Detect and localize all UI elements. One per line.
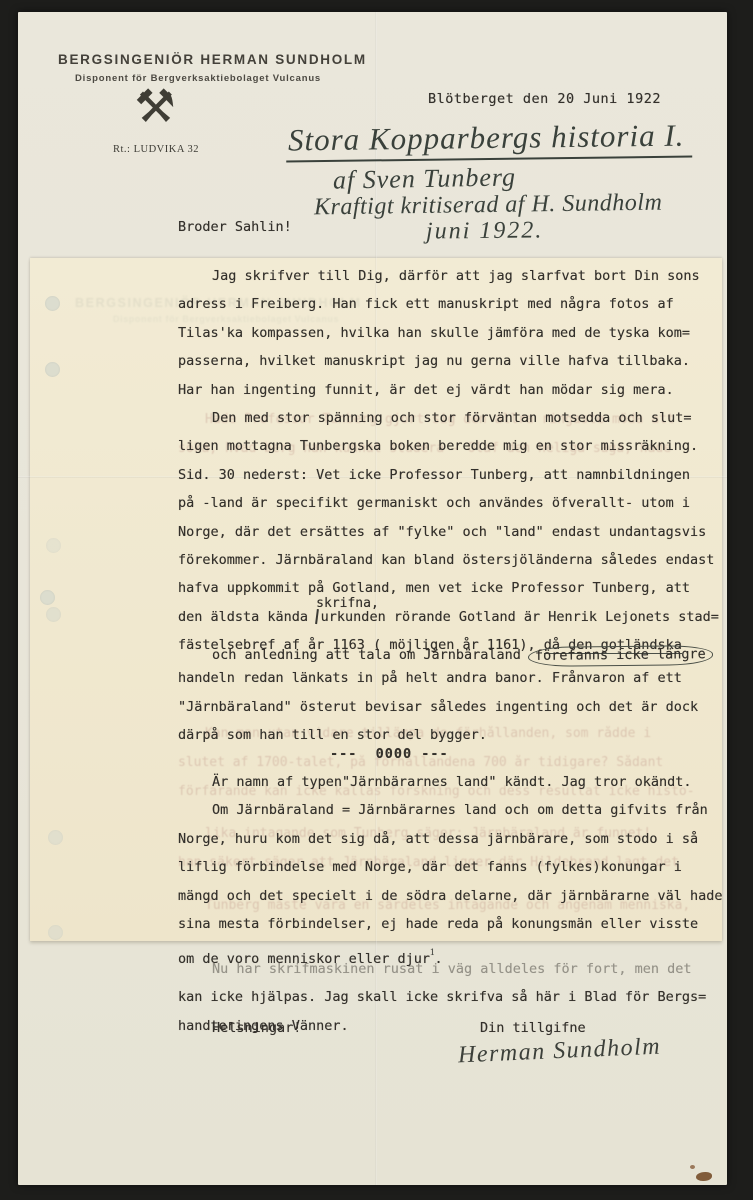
typed-line: adress i Freiberg. Han fick ett manuskri… — [178, 290, 723, 318]
handwritten-author: af Sven Tunberg — [333, 162, 517, 195]
scan-background: BERGSINGENIÖR HERMAN SUNDHOLM Disponent … — [0, 0, 753, 1200]
letter-page: BERGSINGENIÖR HERMAN SUNDHOLM Disponent … — [18, 12, 727, 1185]
letterhead-phone: Rt.: LUDVIKA 32 — [96, 144, 216, 155]
typed-line: på -land är specifikt germaniskt och anv… — [178, 489, 723, 517]
dateline: Blötberget den 20 Juni 1922 — [428, 91, 661, 107]
handwritten-date: juni 1922. — [426, 217, 544, 245]
punch-hole — [48, 830, 63, 845]
punch-hole — [45, 296, 60, 311]
typed-line: Norge, där det ersättes af "fylke" och "… — [178, 518, 723, 546]
ink-stain — [696, 1172, 712, 1181]
typed-line: Nu har skrifmaskinen rusat i väg alldele… — [178, 955, 723, 983]
typed-line: Har han ingenting funnit, är det ej värd… — [178, 376, 723, 404]
typed-line: mängd och det specielt i de södra delarn… — [178, 882, 723, 910]
hammer-and-pick-icon: ⚒ — [110, 76, 200, 136]
typed-line: passerna, hvilket manuskript jag nu gern… — [178, 347, 723, 375]
letterhead-name: BERGSINGENIÖR HERMAN SUNDHOLM — [58, 52, 367, 67]
typed-line: Jag skrifver till Dig, därför att jag sl… — [178, 262, 723, 290]
typed-line: förekommer. Järnbäraland kan bland öster… — [178, 546, 723, 574]
ink-stain — [690, 1165, 695, 1169]
typed-line: "Järnbäraland" österut bevisar således i… — [178, 693, 723, 721]
typed-line: Sid. 30 nederst: Vet icke Professor Tunb… — [178, 461, 723, 489]
typed-line: Är namn af typen"Järnbärarnes land" känd… — [178, 768, 723, 796]
typed-line: --- 0000 --- — [178, 740, 723, 768]
typed-line: Tilas'ka kompassen, hvilka han skulle jä… — [178, 319, 723, 347]
letter-body: Jag skrifver till Dig, därför att jag sl… — [178, 262, 723, 1040]
handwritten-comment: Kraftigt kritiserad af H. Sundholm — [314, 190, 663, 222]
typed-line: Den med stor spänning och stor förväntan… — [178, 404, 723, 432]
typed-line: hafva uppkommit på Gotland, men vet icke… — [178, 574, 723, 602]
salutation: Broder Sahlin! — [178, 219, 292, 235]
closing-valediction: Din tillgifne — [480, 1020, 586, 1036]
typed-line: kan icke hjälpas. Jag skall icke skrifva… — [178, 983, 723, 1011]
punch-hole — [46, 607, 61, 622]
typed-line: Norge, huru kom det sig då, att dessa jä… — [178, 825, 723, 853]
typed-line: sina mesta förbindelser, ej hade reda på… — [178, 910, 723, 938]
punch-hole — [48, 925, 63, 940]
typed-line: och anledning att tala om Järnbäraland f… — [178, 647, 723, 664]
punch-hole — [45, 362, 60, 377]
typed-line: Om Järnbäraland = Järnbärarnes land och … — [178, 796, 723, 824]
typed-line: liflig förbindelse med Norge, där det fa… — [178, 853, 723, 881]
typed-line: ligen mottagna Tunbergska boken beredde … — [178, 432, 723, 460]
punch-hole — [40, 590, 55, 605]
typed-line: handeln redan länkats in på helt andra b… — [178, 664, 723, 692]
handwritten-title: Stora Kopparbergs historia I. — [286, 118, 693, 163]
closing-greeting: Helsningar! — [212, 1020, 301, 1036]
typed-line: den äldsta kända skrifna,urkunden rörand… — [178, 603, 723, 631]
punch-hole — [46, 538, 61, 553]
